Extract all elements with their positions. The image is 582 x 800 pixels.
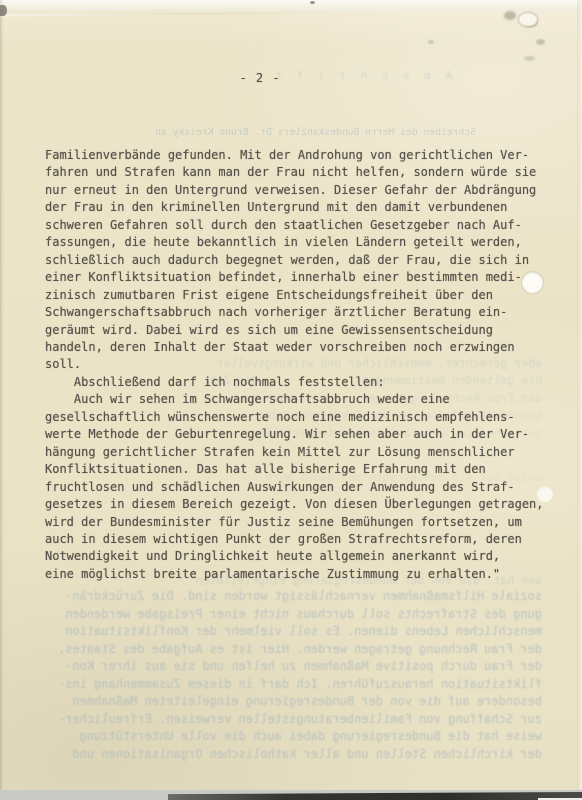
typed-line: Notwendigkeit und Dringlichkeit heute al… (45, 548, 553, 565)
typed-line: eine möglichst breite parlamentarische Z… (45, 566, 553, 583)
typed-line: gesetzes in diesem Bereich gezeigt. Von … (45, 496, 553, 513)
bleedthrough-line: gung des Strafrechts soll durchaus nicht… (42, 606, 542, 624)
typed-line: nur erneut in den Untergrund verweisen. … (45, 182, 553, 199)
scan-speck (310, 1, 315, 4)
paper-stain (428, 40, 434, 44)
scan-top-edge (0, 0, 582, 10)
typed-line: geräumt wird. Dabei wird es sich um eine… (45, 322, 553, 339)
paper-left-edge (0, 0, 4, 792)
punch-hole (537, 486, 553, 502)
typed-line: zinisch zumutbaren Frist eigene Entschei… (45, 287, 553, 304)
typed-line: schließlich auch dadurch begegnet werden… (45, 252, 553, 269)
typed-line: wird der Bundesminister für Justiz seine… (45, 514, 553, 531)
typed-line: Auch wir sehen im Schwangerschaftsabbruc… (45, 391, 553, 408)
scan-corner-mark (0, 5, 7, 16)
bleedthrough-line: weise hat die Bundesregierung dabei auch… (42, 728, 542, 746)
paper-stain (504, 11, 516, 20)
typed-line: fassungen, die heute bekanntlich in viel… (45, 234, 553, 251)
scan-bottom-shadow (168, 792, 582, 800)
scanned-letter-page: A b s c h r i f t Schreiben des Herrn Bu… (0, 0, 582, 792)
bleedthrough-line: der kirchlichen Stellen und aller kathol… (42, 746, 542, 764)
punch-hole (522, 272, 543, 293)
typed-line: auch in diesem wichtigen Punkt der große… (45, 531, 553, 548)
bleedthrough-line: fliktsituation herauszuführen. Ich darf … (42, 676, 542, 694)
typed-line: Schwangerschaftsabbruch nach vorheriger … (45, 304, 553, 321)
bleedthrough-bottom-block: soziale Hilfsmaßnahmen vernachlässigt wo… (42, 588, 542, 763)
paper-stain (536, 39, 545, 45)
typed-line: einer Konfliktsituation befindet, innerh… (45, 269, 553, 286)
bleedthrough-line: der Frau Rechnung getragen werden. Hier … (42, 641, 542, 659)
typed-line: schweren Gefahren soll durch den staatli… (45, 217, 553, 234)
typed-line: der Frau in den kriminellen Untergrund m… (45, 199, 553, 216)
typed-line: fahren und Strafen kann man der Frau nic… (45, 164, 553, 181)
bleedthrough-line: soziale Hilfsmaßnahmen vernachlässigt wo… (42, 588, 542, 606)
bleedthrough-line: der Frau durch positive Maßnahmen zu hel… (42, 658, 542, 676)
letter-body: Familienverbände gefunden. Mit der Andro… (45, 147, 553, 583)
typed-line: hängung gerichtlicher Strafen kein Mitte… (45, 444, 553, 461)
paper-stain (519, 13, 537, 26)
paper-right-edge (577, 0, 582, 792)
typed-line: Konfliktsituationen. Das hat alle bisher… (45, 461, 553, 478)
typed-line: Familienverbände gefunden. Mit der Andro… (45, 147, 553, 164)
typed-line: gesellschaftlich wünschenswerte noch ein… (45, 409, 553, 426)
bleedthrough-line: menschlichen Lebens dienen. Es soll viel… (42, 623, 542, 641)
typed-line: fruchtlosen und schädlichen Auswirkungen… (45, 479, 553, 496)
page-number: - 2 - (228, 71, 292, 85)
paper-stain (524, 56, 535, 61)
typed-line: werte Methode der Geburtenregelung. Wir … (45, 426, 553, 443)
typed-line: handeln, deren Inhalt der Staat weder vo… (45, 339, 553, 356)
typed-line: Abschließend darf ich nochmals feststell… (45, 374, 553, 391)
typed-line: soll. (45, 356, 553, 373)
bleedthrough-line: besondere auf die von der Bundesregierun… (42, 693, 542, 711)
bleedthrough-line: zur Schaffung von Familienberatungsstell… (42, 711, 542, 729)
